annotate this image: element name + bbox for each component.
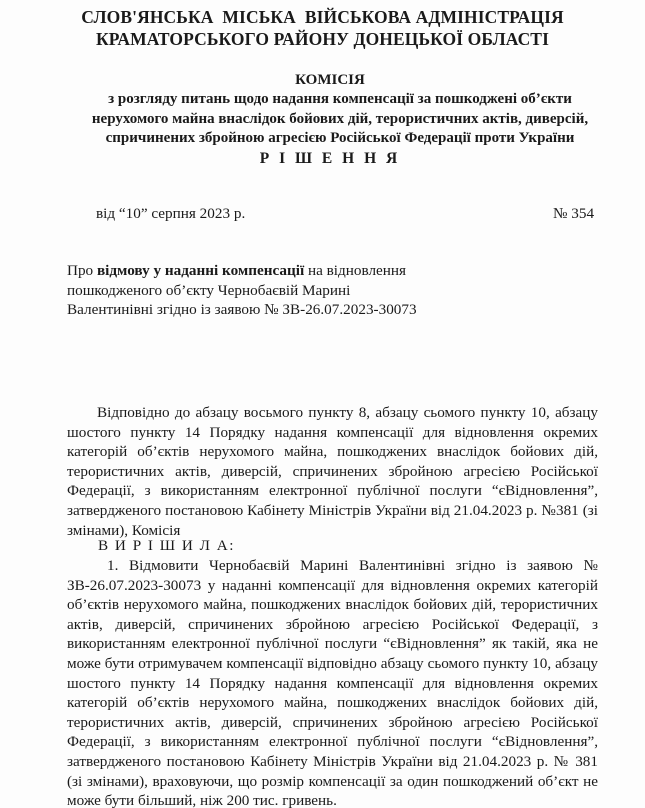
decision-title: Р І Ш Е Н Н Я [0,150,645,168]
organization-name-line2: КРАМАТОРСЬКОГО РАЙОНУ ДОНЕЦЬКОЇ ОБЛАСТІ [0,28,645,50]
decision-number: № 354 [553,204,594,224]
decision-item-1: 1. Відмовити Чернобаєвій Марині Валентин… [67,556,598,808]
resolved-label: В И Р І Ш И Л А: [98,536,235,556]
organization-name-line1: СЛОВ'ЯНСЬКА МІСЬКА ВІЙСЬКОВА АДМІНІСТРАЦ… [0,6,645,28]
commission-title: КОМІСІЯ [0,71,645,90]
subject-prefix: Про [67,262,97,279]
decision-date: від “10” серпня 2023 р. [96,204,245,224]
decision-subject: Про відмову у наданні компенсації на від… [67,261,427,320]
commission-subtitle: з розгляду питань щодо надання компенсац… [80,90,600,149]
preamble-paragraph: Відповідно до абзацу восьмого пункту 8, … [67,403,598,540]
subject-bold: відмову у наданні компенсації [97,262,304,279]
organization-header: СЛОВ'ЯНСЬКА МІСЬКА ВІЙСЬКОВА АДМІНІСТРАЦ… [0,6,645,50]
